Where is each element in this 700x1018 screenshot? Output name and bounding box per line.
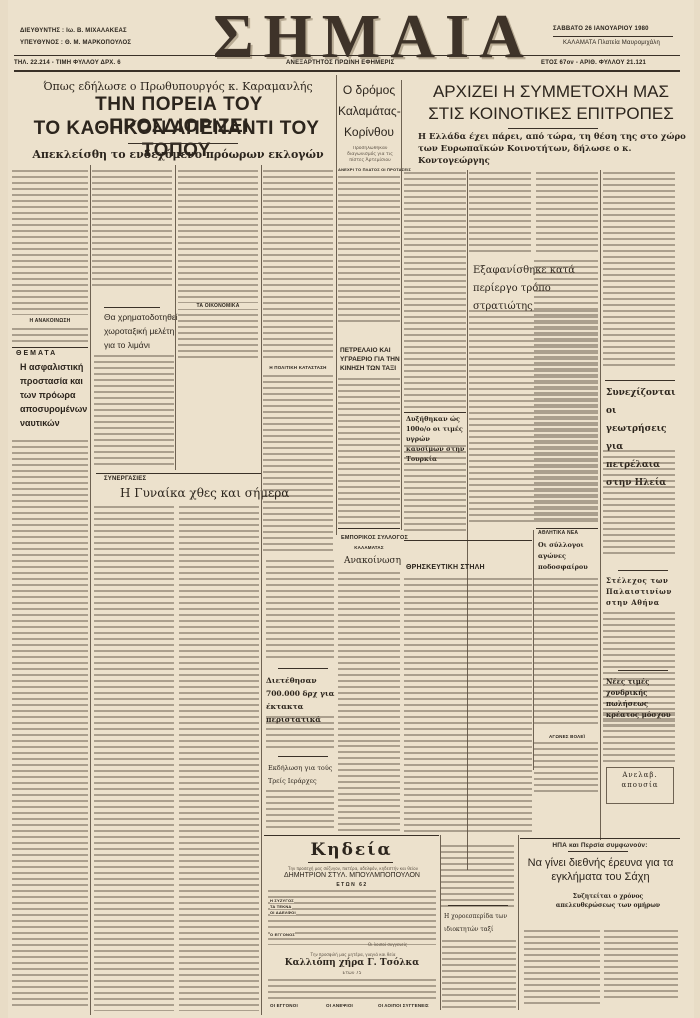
section-politics: Η ΠΟΛΙΤΙΚΗ ΚΑΤΑΣΤΑΣΗ <box>263 365 333 370</box>
usa-persia-headline: Να γίνει διεθνής έρευνα για τα εγκλήματα… <box>518 856 683 884</box>
funeral-grandchild-label: Ο ΕΓΓΟΝΟΣ <box>270 932 295 937</box>
usa-persia-body-1 <box>524 930 600 1006</box>
lead-column-3 <box>178 170 258 360</box>
funeral-age-1: ΕΤΩΝ 62 <box>266 882 438 888</box>
volley-body <box>534 742 598 792</box>
responsible-credit: ΥΠΕΥΘΥΝΟΣ : Θ. Μ. ΜΑΡΚΟΠΟΥΛΟΣ <box>20 40 131 46</box>
road-kicker: ΑΝΕΧΡΙ ΤΟ ΠΛΑΤΟΣ ΟΙ ΠΡΟΤΑΣΕΙΣ <box>338 167 400 172</box>
usa-persia-body-2 <box>604 930 678 1000</box>
eec-headline-2: ΣΤΙΣ ΚΟΙΝΟΤΙΚΕΣ ΕΠΙΤΡΟΠΕΣ <box>406 104 696 124</box>
funeral-age-2: Ετών 75 <box>266 971 438 978</box>
newspaper-page: ΔΙΕΥΘΥΝΤΗΣ : Ιω. Β. ΜΙΧΑΛΑΚΕΑΣ ΥΠΕΥΘΥΝΟΣ… <box>8 0 694 1018</box>
themata-label: ΘΕΜΑΤΑ <box>16 350 57 357</box>
issue-date: ΣΑΒΒΑΤΟ 26 ΙΑΝΟΥΑΡΙΟΥ 1980 <box>553 26 649 32</box>
sports-label: ΑΘΛΗΤΙΚΑ ΝΕΑ <box>538 530 578 536</box>
allocated-body <box>266 716 334 751</box>
women-body-2 <box>179 506 259 1011</box>
religious-body <box>404 578 532 833</box>
funeral-relatives-1: Οι λοιποί συγγενείς <box>368 942 407 948</box>
road-subhead: Προσηλώθηκαν διαγωνισμός για τις πίστες … <box>340 146 400 166</box>
dance-body <box>442 940 516 1010</box>
funeral-name-1: ΔΗΜΗΤΡΙΟΝ ΣΤΥΛ. ΜΠΟΥΛΜΠΟΠΟΥΛΟΝ <box>266 872 438 879</box>
cooperation-label: ΣΥΝΕΡΓΑΣΙΕΣ <box>104 476 146 482</box>
funeral-title: Κηδεία <box>264 840 439 860</box>
petrol-headline: ΠΕΤΡΕΛΑΙΟ ΚΑΙ ΥΓΡΑΕΡΙΟ ΓΙΑ ΤΗΝ ΚΙΝΗΣΗ ΤΩ… <box>340 346 402 373</box>
road-headline: Ο δρόμος Καλαμάτας-Κορίνθου <box>338 80 400 143</box>
funeral-footer-nephews: ΟΙ ΑΝΕΨΙΟΙ <box>326 1003 353 1008</box>
eec-body-4 <box>603 172 675 367</box>
dance-headline: Η χοροεσπερίδα των ιδιοκτητών ταξί <box>444 910 518 936</box>
funeral-details-2 <box>268 979 436 1001</box>
turkey-body <box>404 445 466 535</box>
funeral-footer-grandchildren: ΟΙ ΕΓΓΟΝΟΙ <box>270 1003 298 1008</box>
football-body <box>534 578 598 728</box>
lead-column-4 <box>263 170 333 360</box>
eec-subhead: Η Ελλάδα έχει πάρει, από τώρα, τη θέση τ… <box>418 131 688 167</box>
section-announcement: Η ΑΝΑΚΟΙΝΩΣΗ <box>12 318 88 324</box>
meat-body <box>603 712 675 762</box>
usa-persia-subhead: Συζητείται ο χρόνος απελευθερώσεως των ο… <box>553 892 663 910</box>
merchants-label: ΕΜΠΟΡΙΚΟΣ ΣΥΛΛΟΓΟΣ <box>341 535 408 541</box>
petrol-body <box>338 378 400 528</box>
director-credit: ΔΙΕΥΘΥΝΤΗΣ : Ιω. Β. ΜΙΧΑΛΑΚΕΑΣ <box>20 28 127 34</box>
event-headline: Εκδήλωση για τούς Τρείς Ιεράρχες <box>268 762 338 788</box>
eec-body-1 <box>404 172 466 412</box>
religious-headline: ΘΡΗΣΚΕΥΤΙΚΗ ΣΤΗΛΗ <box>406 564 485 571</box>
section-economics: ΤΑ ΟΙΚΟΝΟΜΙΚΑ <box>178 303 258 309</box>
funeral-spouse-label: Η ΣΥΖΥΓΟΣ <box>270 898 294 903</box>
women-body-1 <box>94 506 174 1011</box>
women-headline: Η Γυναίκα χθες και σήμερα <box>120 486 289 500</box>
lead-subhead: Απεκλείσθη το ενδεχόμενο πρόωρων εκλογών <box>18 148 338 161</box>
issue-number: ΕΤΟΣ 67ον - ΑΡΙΘ. ΦΥΛΛΟΥ 21.121 <box>541 60 646 66</box>
funeral-children-label: ΤΑ ΤΕΚΝΑ <box>270 904 292 909</box>
lead-column-1 <box>12 170 88 315</box>
lead-column-2 <box>92 170 172 290</box>
insurance-headline: Η ασφαλιστική προστασία και των πρόωρα α… <box>20 360 90 430</box>
football-headline: Οι σύλλογοι αγώνες ποδοσφαίρου <box>538 540 598 573</box>
merchants-city: ΚΑΛΑΜΑΤΑΣ <box>338 545 400 550</box>
eec-body-2 <box>469 172 531 252</box>
absence-headline: Ανελαβ. απουσία <box>608 770 672 790</box>
funeral-siblings-label: ΟΙ ΑΔΕΛΦΟΙ <box>270 910 296 915</box>
announcement-body <box>338 572 400 742</box>
funeral-footer-relatives: ΟΙ ΛΟΙΠΟΙ ΣΥΓΓΕΝΕΙΣ <box>378 1003 429 1008</box>
eec-body-3 <box>536 172 598 252</box>
event-body <box>266 790 334 830</box>
study-headline: Θα χρηματοδοτηθεί χωροταξική μελέτη για … <box>104 310 184 352</box>
tagline: ΑΝΕΞΑΡΤΗΤΟΣ ΠΡΩΙΝΗ ΕΦΗΜΕΡΙΣ <box>286 60 394 66</box>
insurance-body <box>12 440 88 1010</box>
announcement-headline: Ανακοίνωση <box>344 556 401 566</box>
usa-persia-kicker: ΗΠΑ και Περσία συμφωνούν: <box>520 842 680 849</box>
lead-kicker: Όπως εδήλωσε ο Πρωθυπουργός κ. Καραμανλή… <box>28 80 328 93</box>
volley-headline: ΑΓΩΝΕΣ ΒΟΛΕΪ <box>536 734 598 739</box>
funeral-name-2: Καλλιόπη χήρα Γ. Τσόλκα <box>266 958 438 968</box>
drilling-body <box>603 450 675 555</box>
eec-headline-1: ΑΡΧΙΖΕΙ Η ΣΥΜΜΕΤΟΧΗ ΜΑΣ <box>406 82 696 102</box>
road-body <box>338 176 400 326</box>
phone-price: ΤΗΛ. 22.214 - ΤΙΜΗ ΦΥΛΛΟΥ ΔΡΧ. 6 <box>14 60 121 66</box>
study-body <box>94 355 174 465</box>
location: ΚΑΛΑΜΑΤΑ Πλατεία Μαυρομιχάλη <box>563 40 660 46</box>
palestinian-headline: Στέλεχος των Παλαιστινίων στην Αθήνα <box>606 575 678 608</box>
